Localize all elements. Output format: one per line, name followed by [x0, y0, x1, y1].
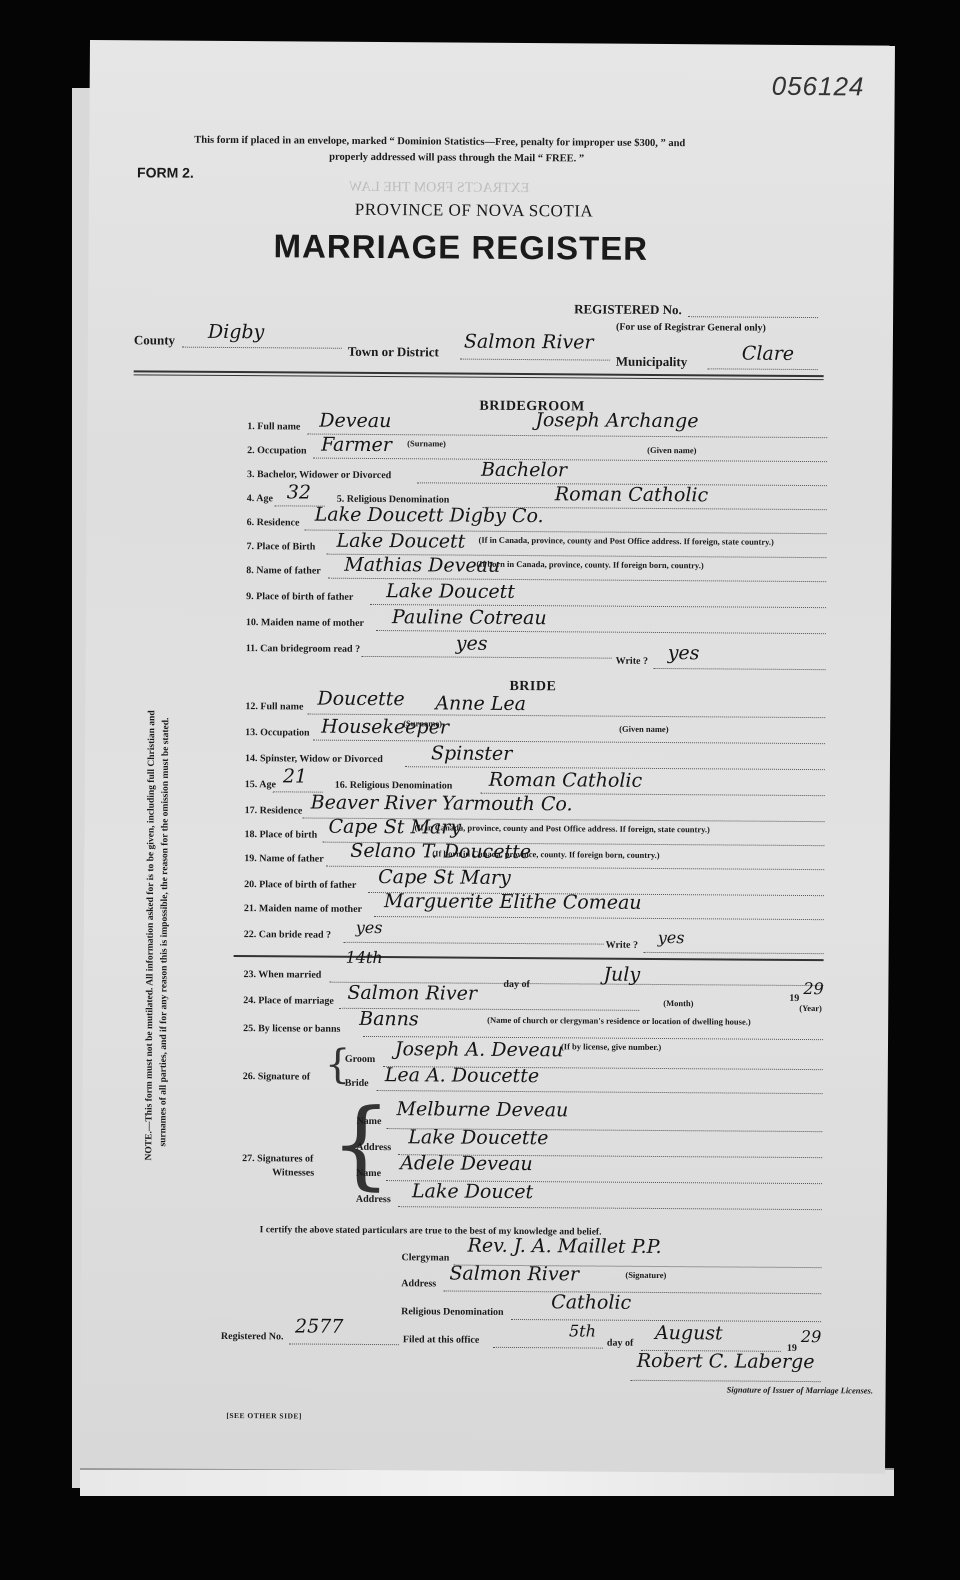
groom-religion: Roman Catholic [555, 483, 708, 506]
filed-day-line [493, 1347, 603, 1349]
county-label: County [134, 332, 175, 348]
place-caption: (Name of church or clergyman's residence… [487, 1015, 751, 1027]
bride-mother-line [374, 916, 824, 920]
witness2-address-label: Address [356, 1194, 391, 1205]
registered-no-line [688, 316, 818, 318]
groom-surname: Deveau [319, 410, 391, 433]
groom-father-birthplace: Lake Doucett [386, 580, 515, 603]
town-value: Salmon River [464, 331, 594, 354]
groom-full-name-label: 1. Full name [247, 421, 300, 432]
filed-year: 29 [801, 1327, 821, 1346]
bride-father-birthplace-label: 20. Place of birth of father [244, 879, 356, 891]
registered-no-value: 2577 [295, 1315, 344, 1337]
filed-day-of-label: day of [607, 1338, 633, 1349]
clergyman-signature: Rev. J. A. Maillet P.P. [468, 1235, 662, 1258]
filed-label: Filed at this office [403, 1334, 479, 1346]
groom-occupation-line [313, 458, 827, 463]
filed-day: 5th [569, 1321, 596, 1340]
registered-no-label: REGISTERED No. [574, 301, 682, 318]
bride-age: 21 [283, 765, 307, 787]
groom-occupation-label: 2. Occupation [247, 445, 307, 456]
groom-birthplace: Lake Doucett [336, 530, 465, 553]
mailing-notice-line2: properly addressed will pass through the… [329, 150, 584, 167]
groom-birth-caption: (If born in Canada, province, county. If… [476, 559, 703, 571]
bride-occupation-label: 13. Occupation [245, 727, 310, 738]
groom-occupation: Farmer [321, 434, 392, 456]
bride-father-label: 19. Name of father [244, 853, 323, 865]
clergy-address-line [443, 1290, 821, 1294]
signature-caption: (Signature) [625, 1270, 666, 1280]
bride-write-line [644, 952, 824, 954]
marriage-register-form: 056124 This form if placed in an envelop… [80, 40, 895, 1474]
witness1-address: Lake Doucette [408, 1126, 548, 1149]
page-title: MARRIAGE REGISTER [273, 227, 648, 268]
see-other-side: [SEE OTHER SIDE] [226, 1411, 302, 1421]
bride-mother-label: 21. Maiden name of mother [244, 903, 362, 915]
witness2-address-line [398, 1206, 822, 1210]
bride-given-caption: (Given name) [619, 724, 668, 734]
groom-mother-line [376, 630, 826, 634]
county-line [182, 347, 342, 349]
bride-marital-label: 14. Spinster, Widow or Divorced [245, 753, 383, 765]
bride-birthplace-label: 18. Place of birth [244, 829, 317, 841]
side-note: NOTE.—This form must not be mutilated. A… [142, 540, 174, 1160]
groom-read-line [362, 656, 612, 659]
groom-marital-label: 3. Bachelor, Widower or Divorced [247, 469, 391, 481]
when-married-label: 23. When married [243, 969, 321, 981]
bride-section-rule [234, 955, 824, 961]
bride-religion: Roman Catholic [489, 769, 642, 792]
bride-signature-line [377, 1090, 823, 1094]
clergy-denomination: Catholic [551, 1291, 631, 1314]
bride-signature: Lea A. Doucette [385, 1064, 539, 1087]
registrar-note: (For use of Registrar General only) [616, 322, 766, 334]
clergyman-label: Clergyman [401, 1252, 449, 1263]
witness2-name: Adele Deveau [400, 1152, 533, 1175]
groom-surname-caption: (Surname) [407, 438, 446, 448]
bride-father-birthplace: Cape St Mary [378, 866, 511, 889]
bride-birthplace: Cape St Mary [328, 816, 461, 839]
bride-read-line [344, 942, 604, 945]
groom-residence-caption: (If in Canada, province, county and Post… [478, 535, 773, 547]
groom-mother: Pauline Cotreau [392, 606, 547, 629]
groom-signature: Joseph A. Deveau [395, 1038, 563, 1061]
bride-marital-status: Spinster [431, 742, 512, 765]
groom-age: 32 [287, 481, 311, 503]
groom-write-label: Write ? [616, 656, 648, 667]
county-value: Digby [208, 321, 265, 343]
bride-given-name: Anne Lea [435, 692, 526, 715]
groom-marital-status: Bachelor [481, 459, 567, 482]
bride-occupation-line [313, 740, 825, 745]
witness1-name-label: Name [356, 1116, 381, 1127]
groom-residence: Lake Doucett Digby Co. [315, 504, 544, 528]
marriage-year-prefix: 19 [789, 993, 799, 1004]
filed-month: August [655, 1322, 723, 1344]
form-number: FORM 2. [137, 164, 194, 180]
issuer-caption: Signature of Issuer of Marriage Licenses… [727, 1384, 873, 1395]
signature-of-label: 26. Signature of [243, 1071, 310, 1082]
witness2-name-label: Name [356, 1168, 381, 1179]
mailing-notice-line1: This form if placed in an envelope, mark… [194, 133, 685, 151]
bride-can-write: yes [658, 928, 685, 947]
groom-father-birthplace-label: 9. Place of birth of father [246, 591, 353, 603]
issuer-signature-line [631, 1380, 821, 1382]
town-line [460, 359, 610, 361]
witnesses-label-2: Witnesses [272, 1167, 314, 1178]
clergy-address-label: Address [401, 1278, 436, 1289]
license-caption: (If by license, give number.) [561, 1041, 661, 1052]
bleed-through-text: EXTRACTS FROM THE LAW [349, 180, 529, 197]
groom-father-label: 8. Name of father [246, 565, 320, 577]
groom-age-label: 4. Age [247, 493, 273, 504]
province-heading: PROVINCE OF NOVA SCOTIA [355, 200, 594, 222]
year-caption: (Year) [799, 1003, 822, 1013]
town-label: Town or District [348, 344, 439, 361]
bride-full-name-label: 12. Full name [245, 701, 303, 712]
bride-religion-label: 16. Religious Denomination [335, 780, 453, 792]
issuer-signature: Robert C. Laberge [637, 1350, 815, 1373]
bride-mother: Marguerite Elithe Comeau [384, 890, 642, 914]
registered-no-footer-label: Registered No. [221, 1331, 284, 1342]
bride-residence: Beaver River Yarmouth Co. [311, 792, 573, 816]
marriage-day: 14th [346, 948, 383, 967]
groom-residence-label: 6. Residence [247, 517, 300, 528]
clergy-denomination-label: Religious Denomination [401, 1306, 504, 1318]
groom-mother-label: 10. Maiden name of mother [246, 617, 364, 629]
side-note-line2: surnames of all parties, and if for any … [156, 541, 174, 1161]
groom-given-caption: (Given name) [647, 445, 696, 455]
municipality-label: Municipality [616, 354, 688, 370]
marriage-month: July [603, 964, 640, 986]
groom-can-read: yes [456, 633, 488, 655]
month-caption: (Month) [663, 998, 693, 1008]
witness1-address-label: Address [356, 1142, 391, 1153]
bride-read-label: 22. Can bride read ? [244, 929, 331, 941]
groom-can-write: yes [668, 642, 700, 664]
bride-write-label: Write ? [606, 940, 638, 951]
witness2-address: Lake Doucet [412, 1180, 533, 1203]
bride-can-read: yes [356, 918, 383, 937]
groom-write-line [654, 668, 826, 670]
witness1-name: Melburne Deveau [396, 1098, 568, 1121]
bride-age-label: 15. Age [245, 779, 276, 790]
day-of-label: day of [503, 979, 529, 990]
municipality-value: Clare [742, 343, 794, 365]
groom-signature-label: Groom [345, 1054, 375, 1065]
bride-residence-label: 17. Residence [245, 805, 303, 816]
bride-occupation: Housekeeper [321, 716, 449, 739]
registered-no-footer-line [289, 1343, 399, 1345]
place-of-marriage: Salmon River [347, 982, 477, 1005]
bride-father: Selano T. Doucette [350, 840, 531, 863]
license-or-banns: Banns [359, 1008, 419, 1030]
marriage-year: 29 [803, 979, 823, 998]
place-of-marriage-label: 24. Place of marriage [243, 995, 334, 1007]
groom-birthplace-label: 7. Place of Birth [246, 541, 315, 552]
groom-read-label: 11. Can bridegroom read ? [246, 643, 360, 655]
serial-number: 056124 [772, 71, 865, 103]
groom-father: Mathias Deveau [344, 554, 500, 577]
groom-given-name: Joseph Archange [535, 409, 698, 432]
clergy-address: Salmon River [449, 1263, 579, 1286]
witnesses-label-1: 27. Signatures of [242, 1153, 313, 1164]
municipality-line [708, 368, 818, 370]
license-label: 25. By license or banns [243, 1023, 340, 1035]
bride-surname: Doucette [317, 688, 404, 711]
